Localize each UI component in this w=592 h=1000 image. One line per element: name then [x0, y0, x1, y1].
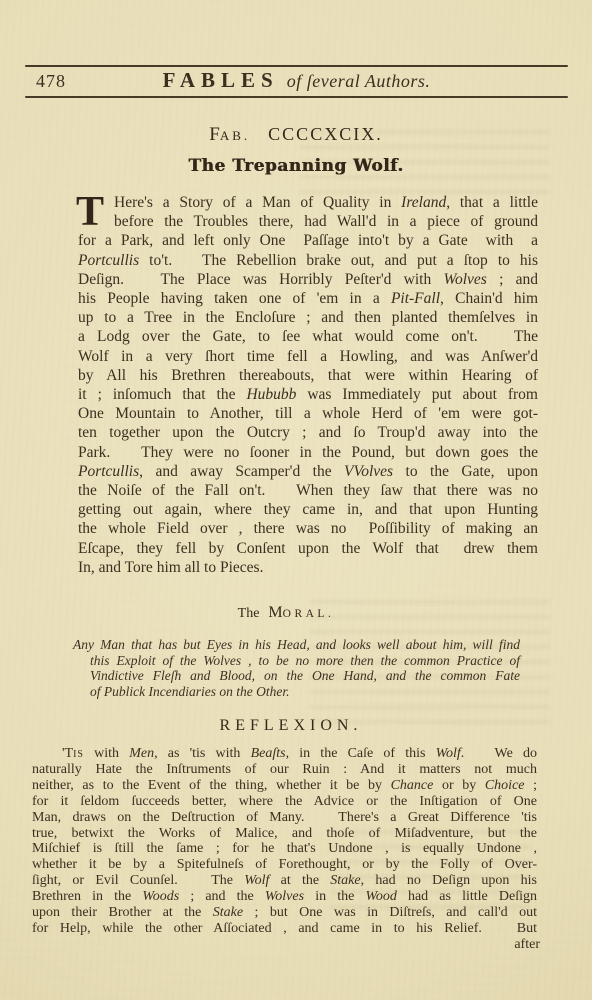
- text-line: up to a Tree in the Encloſure ; and then…: [78, 308, 538, 327]
- moral-heading-the: The: [238, 606, 260, 621]
- text-line: ſight, or Evil Counſel. The Wolf at the …: [32, 873, 537, 889]
- text-line: Brethren in the Woods ; and the Wolves i…: [32, 889, 537, 905]
- text-line: a Lodg over the Gate, to ſee what would …: [78, 327, 538, 346]
- running-title: FABLES of ſeveral Authors.: [25, 68, 568, 93]
- text-line: Miſchief is ſtill the ſame ; for he that…: [32, 841, 537, 857]
- running-title-caps: FABLES: [163, 68, 279, 92]
- fable-number-heading: FAB. CCCCXCIX.: [0, 124, 592, 146]
- text-line: true, betwixt the Works of Malice, and t…: [32, 826, 537, 842]
- text-line: for Help, while the other Aſſociated , a…: [32, 921, 537, 937]
- fable-title: The Trepanning Wolf.: [0, 156, 592, 176]
- fable-label-ab: AB.: [220, 128, 250, 143]
- reflexion-paragraph: 'Tis with Men, as 'tis with Beaſts, in t…: [32, 746, 537, 937]
- text-line: Any Man that has but Eyes in his Head, a…: [73, 637, 520, 653]
- fable-roman-numeral: CCCCXCIX.: [268, 124, 383, 144]
- running-title-italic: of ſeveral Authors.: [287, 71, 431, 91]
- story-paragraph: T Here's a Story of a Man of Quality in …: [78, 193, 538, 577]
- text-line: getting out again, where they came in, a…: [78, 500, 538, 519]
- text-line: One Mountain to Another, till a whole He…: [78, 404, 538, 423]
- moral-paragraph: Any Man that has but Eyes in his Head, a…: [73, 637, 520, 699]
- text-line: before the Troubles there, had Wall'd in…: [78, 212, 538, 231]
- text-line: his People having taken one of 'em in a …: [78, 289, 538, 308]
- moral-heading-initial: M: [268, 604, 282, 621]
- text-line: Vindictive Fleſh and Blood, on the One H…: [73, 668, 520, 684]
- drop-cap: T: [76, 194, 104, 230]
- text-line: naturally Hate the Inſtruments of our Ru…: [32, 762, 537, 778]
- text-line: whether it be by a Spitefulneſs of Foret…: [32, 857, 537, 873]
- text-line: Wolf in a very ſhort time fell a Howling…: [78, 347, 538, 366]
- story-text: Here's a Story of a Man of Quality in Ir…: [78, 193, 538, 577]
- text-line: the Noiſe of the Fall on't. When they ſa…: [78, 481, 538, 500]
- moral-heading-rest: ORAL.: [283, 608, 335, 620]
- catchword: after: [514, 937, 540, 953]
- book-page: 478 FABLES of ſeveral Authors. FAB. CCCC…: [0, 0, 592, 1000]
- text-line: Here's a Story of a Man of Quality in Ir…: [78, 193, 538, 212]
- text-line: this Exploit of the Wolves , to be no mo…: [73, 653, 520, 669]
- fable-label-f: F: [209, 124, 220, 145]
- header-rule-top: [25, 65, 568, 67]
- text-line: ten together upon the Outcry ; and ſo Tr…: [78, 423, 538, 442]
- text-line: Portcullis to't. The Rebellion brake out…: [78, 251, 538, 270]
- text-line: of Publick Incendiaries on the Other.: [73, 684, 520, 700]
- moral-heading: The MORAL.: [0, 604, 572, 622]
- text-line: In, and Tore him all to Pieces.: [78, 558, 538, 577]
- text-line: Park. They were no ſooner in the Pound, …: [78, 443, 538, 462]
- text-line: for a Park, and left only One Paſſage in…: [78, 231, 538, 250]
- text-line: Deſign. The Place was Horribly Peſter'd …: [78, 270, 538, 289]
- text-line: Portcullis, and away Scamper'd the VVolv…: [78, 462, 538, 481]
- text-line: by All his Brethren thereabouts, that we…: [78, 366, 538, 385]
- text-line: Eſcape, they fell by Conſent upon the Wo…: [78, 539, 538, 558]
- text-line: upon their Brother at the Stake ; but On…: [32, 905, 537, 921]
- text-line: for it ſeldom ſucceeds better, where the…: [32, 794, 537, 810]
- header-rule-bottom: [25, 96, 568, 98]
- text-line: Man, draws on the Deſtruction of Many. T…: [32, 810, 537, 826]
- text-line: neither, as to the Event of the thing, w…: [32, 778, 537, 794]
- text-line: it ; inſomuch that the Hububb was Immedi…: [78, 385, 538, 404]
- text-line: the whole Field over , there was no Poſſ…: [78, 519, 538, 538]
- text-line: 'Tis with Men, as 'tis with Beaſts, in t…: [32, 746, 537, 762]
- reflexion-heading: REFLEXION.: [0, 717, 582, 735]
